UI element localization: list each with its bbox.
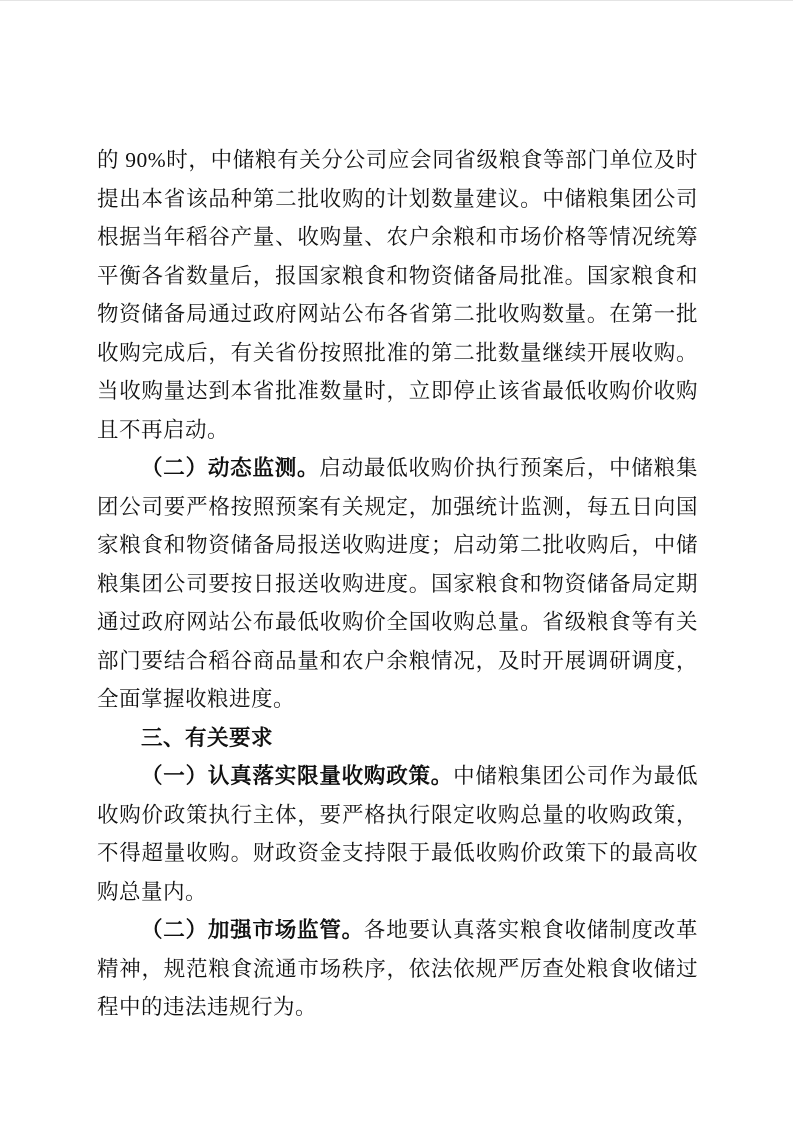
- paragraph-dynamic-monitoring-text: 启动最低收购价执行预案后，中储粮集团公司要严格按照预案有关规定，加强统计监测，每…: [97, 456, 698, 711]
- document-page: 的 90%时，中储粮有关分公司应会同省级粮食等部门单位及时提出本省该品种第二批收…: [0, 0, 793, 1122]
- paragraph-dynamic-monitoring: （二）动态监测。启动最低收购价执行预案后，中储粮集团公司要严格按照预案有关规定，…: [97, 449, 698, 719]
- paragraph-market-supervision-lead: （二）加强市场监管。: [141, 918, 364, 942]
- paragraph-market-supervision: （二）加强市场监管。各地要认真落实粮食收储制度改革精神，规范粮食流通市场秩序，依…: [97, 911, 698, 1027]
- paragraph-limited-purchase-policy: （一）认真落实限量收购政策。中储粮集团公司作为最低收购价政策执行主体，要严格执行…: [97, 757, 698, 911]
- paragraph-continuation: 的 90%时，中储粮有关分公司应会同省级粮食等部门单位及时提出本省该品种第二批收…: [97, 141, 698, 449]
- document-body: 的 90%时，中储粮有关分公司应会同省级粮食等部门单位及时提出本省该品种第二批收…: [97, 141, 698, 1027]
- paragraph-dynamic-monitoring-lead: （二）动态监测。: [141, 456, 319, 480]
- paragraph-limited-purchase-policy-lead: （一）认真落实限量收购政策。: [141, 764, 453, 788]
- section-heading-requirements: 三、有关要求: [97, 719, 698, 758]
- section-heading-requirements-text: 三、有关要求: [141, 726, 273, 750]
- paragraph-continuation-text: 的 90%时，中储粮有关分公司应会同省级粮食等部门单位及时提出本省该品种第二批收…: [97, 148, 698, 442]
